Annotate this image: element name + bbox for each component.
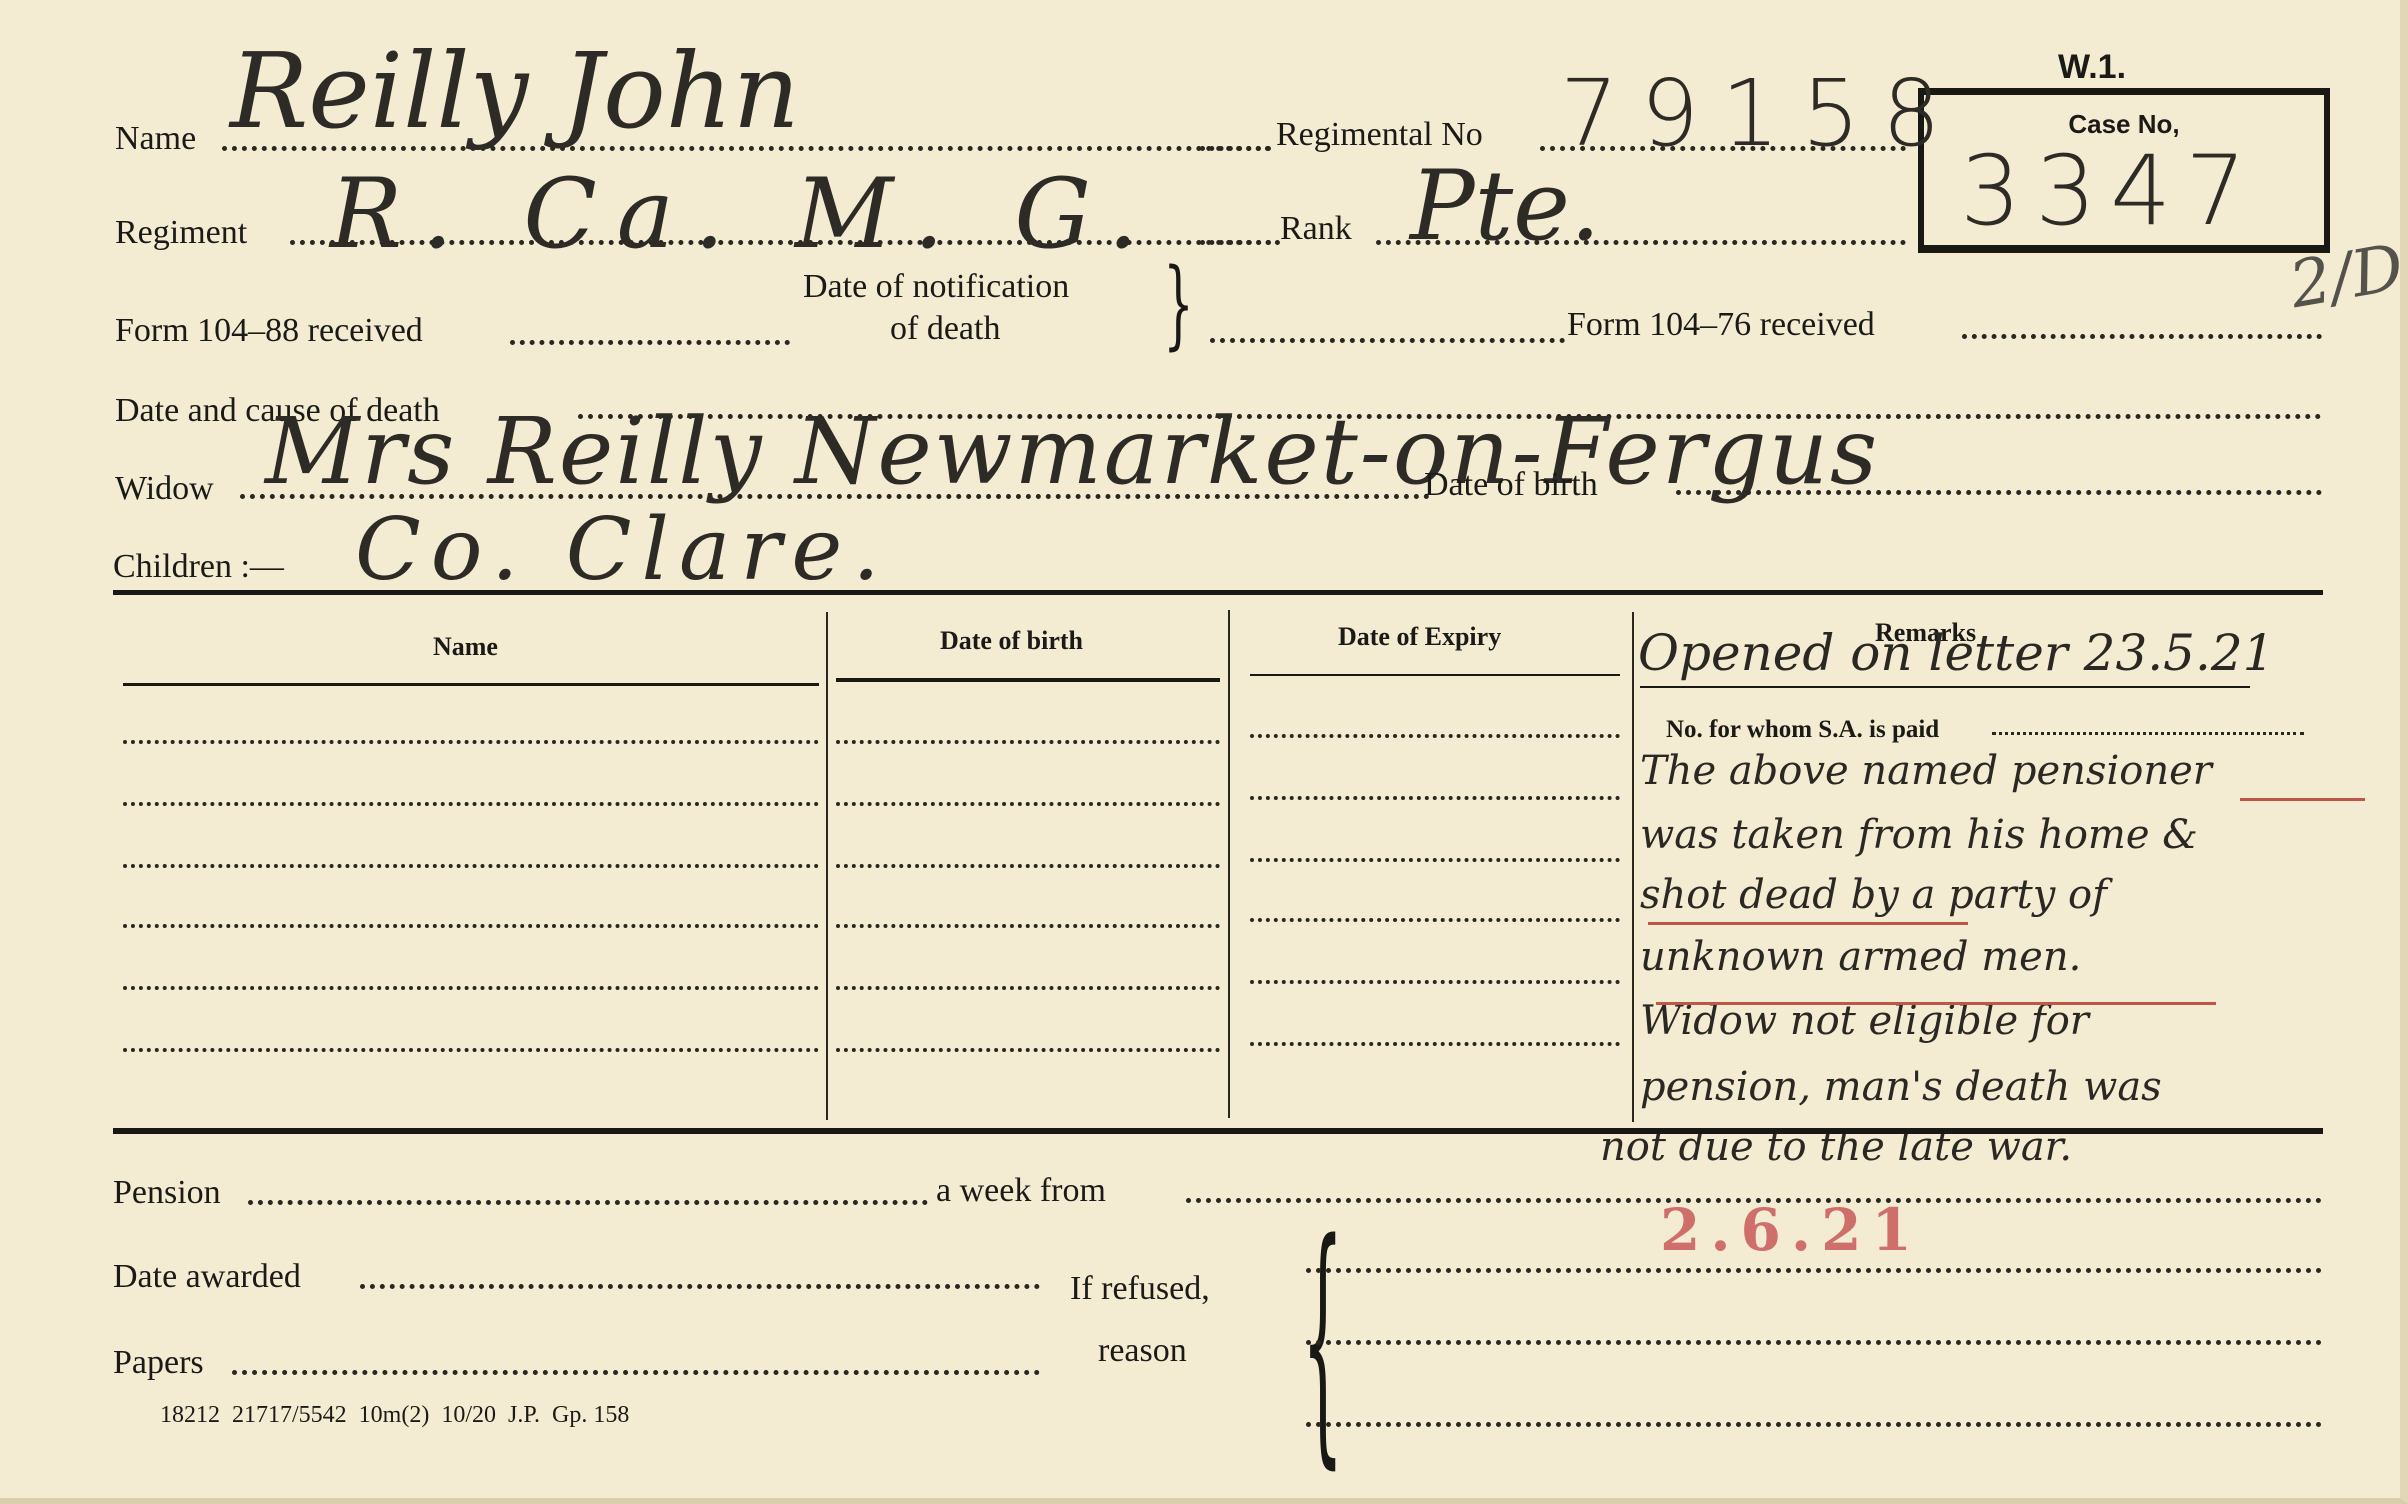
remark-line: The above named pensioner	[1640, 748, 2212, 794]
case-number-box: Case No, 3347	[1918, 88, 2330, 253]
table-cell[interactable]	[836, 986, 1220, 990]
case-number-value[interactable]: 3347	[1960, 135, 2260, 247]
col-header-name: Name	[433, 632, 498, 662]
widow-value[interactable]: Mrs Reilly Newmarket-on-Fergus	[265, 398, 1879, 505]
table-cell[interactable]	[123, 986, 819, 990]
table-cell[interactable]	[1250, 858, 1620, 862]
week-from-label: a week from	[936, 1172, 1106, 1210]
refused-reason-line-3[interactable]	[1306, 1422, 2322, 1427]
widow-dob-label: Date of birth	[1424, 466, 1598, 504]
table-cell[interactable]	[123, 740, 819, 744]
column-divider	[1632, 612, 1634, 1122]
pension-dotted-line	[248, 1200, 928, 1205]
dotted-line	[1200, 146, 1270, 151]
red-date-stamp: 2.6.21	[1660, 1196, 1922, 1264]
rank-label: Rank	[1280, 210, 1352, 248]
table-cell[interactable]	[1250, 1042, 1620, 1046]
printer-imprint: 18212 21717/5542 10m(2) 10/20 J.P. Gp. 1…	[160, 1402, 629, 1429]
children-value[interactable]: Co. Clare.	[355, 500, 890, 600]
sa-paid-label: No. for whom S.A. is paid	[1666, 716, 1939, 744]
column-divider	[1228, 610, 1230, 1118]
widow-label: Widow	[115, 470, 214, 508]
brace-icon: }	[1163, 248, 1194, 360]
table-cell[interactable]	[1250, 980, 1620, 984]
notification-label-line2: of death	[890, 310, 1000, 348]
form-104-88-label: Form 104–88 received	[115, 312, 423, 350]
table-cell[interactable]	[1250, 796, 1620, 800]
remark-line: pension, man's death was	[1640, 1064, 2162, 1110]
remarks-opened-note[interactable]: Opened on letter 23.5.21	[1638, 624, 2274, 682]
papers-dotted-line	[232, 1370, 1040, 1375]
header-underline	[123, 683, 819, 686]
table-cell[interactable]	[836, 1048, 1220, 1052]
regiment-label: Regiment	[115, 214, 247, 252]
col-header-expiry: Date of Expiry	[1338, 622, 1501, 652]
pension-label: Pension	[113, 1174, 221, 1212]
table-cell[interactable]	[123, 802, 819, 806]
papers-label: Papers	[113, 1344, 204, 1382]
notification-label-line1: Date of notification	[803, 268, 1069, 306]
regiment-value[interactable]: R. Ca. M. G.	[330, 158, 1158, 270]
remarks-underline	[1640, 686, 2250, 688]
table-cell[interactable]	[123, 864, 819, 868]
red-underline	[1656, 1002, 2216, 1005]
rank-value[interactable]: Pte.	[1410, 150, 1601, 262]
header-underline	[836, 678, 1220, 682]
form-104-76-dotted-line	[1962, 334, 2322, 339]
regimental-no-value[interactable]: 79158	[1560, 60, 1963, 167]
red-underline	[2240, 798, 2365, 801]
pension-record-card: W.1. Case No, 3347 2/D Name Reilly John …	[0, 0, 2408, 1504]
col-header-dob: Date of birth	[940, 626, 1083, 656]
remark-line: unknown armed men.	[1640, 934, 2081, 980]
sa-paid-dotted-line	[1992, 732, 2304, 735]
name-value[interactable]: Reilly John	[230, 30, 800, 152]
table-cell[interactable]	[836, 864, 1220, 868]
date-awarded-dotted-line	[360, 1284, 1040, 1289]
refused-label-line2: reason	[1098, 1332, 1187, 1370]
form-104-76-label: Form 104–76 received	[1567, 306, 1875, 344]
table-cell[interactable]	[836, 740, 1220, 744]
name-label: Name	[115, 120, 196, 158]
refused-reason-line-2[interactable]	[1306, 1340, 2322, 1345]
table-cell[interactable]	[1250, 734, 1620, 738]
date-awarded-label: Date awarded	[113, 1258, 301, 1296]
column-divider	[826, 612, 828, 1120]
regimental-no-label: Regimental No	[1276, 116, 1483, 154]
table-cell[interactable]	[836, 802, 1220, 806]
table-cell[interactable]	[1250, 918, 1620, 922]
refused-reason-line-1[interactable]	[1306, 1268, 2322, 1273]
table-cell[interactable]	[123, 1048, 819, 1052]
dotted-line	[1200, 240, 1280, 245]
header-underline	[1250, 674, 1620, 676]
form-104-88-dotted-line	[510, 340, 790, 345]
table-cell[interactable]	[123, 924, 819, 928]
red-underline	[1648, 922, 1968, 925]
form-code: W.1.	[2058, 48, 2126, 87]
section-rule	[113, 590, 2323, 595]
children-label: Children :—	[113, 548, 284, 586]
notification-dotted-line	[1210, 338, 1565, 343]
refused-label-line1: If refused,	[1070, 1270, 1210, 1308]
remark-line: shot dead by a party of	[1640, 872, 2107, 918]
widow-dob-dotted-line	[1676, 490, 2322, 495]
remark-line: was taken from his home &	[1640, 812, 2198, 858]
section-rule	[113, 1128, 2323, 1134]
table-cell[interactable]	[836, 924, 1220, 928]
